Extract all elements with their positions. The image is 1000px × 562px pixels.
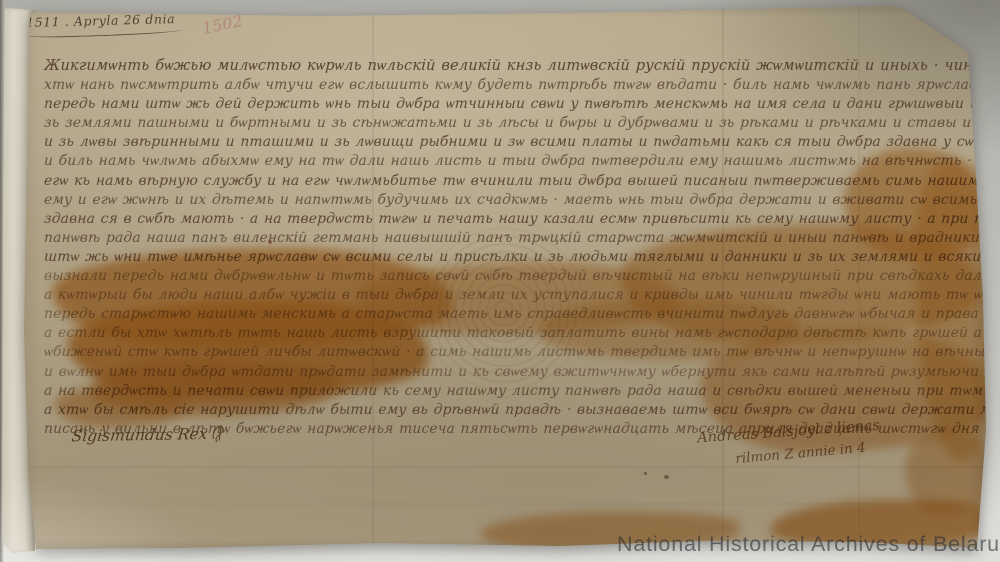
archive-watermark-label: National Historical Archives of Belarus bbox=[617, 532, 1000, 557]
parchment-document: 1511 . Apryla 26 dnia 1502 Жикгимѡнть бѡ… bbox=[0, 0, 1000, 562]
water-stain-layer bbox=[0, 0, 1000, 562]
parchment-shadow-wrap: 1511 . Apryla 26 dnia 1502 Жикгимѡнть бѡ… bbox=[0, 0, 1000, 562]
document-photo: 1511 . Apryla 26 dnia 1502 Жикгимѡнть бѡ… bbox=[0, 0, 1000, 562]
stain-blob bbox=[905, 430, 995, 515]
stain-blob bbox=[55, 385, 185, 427]
